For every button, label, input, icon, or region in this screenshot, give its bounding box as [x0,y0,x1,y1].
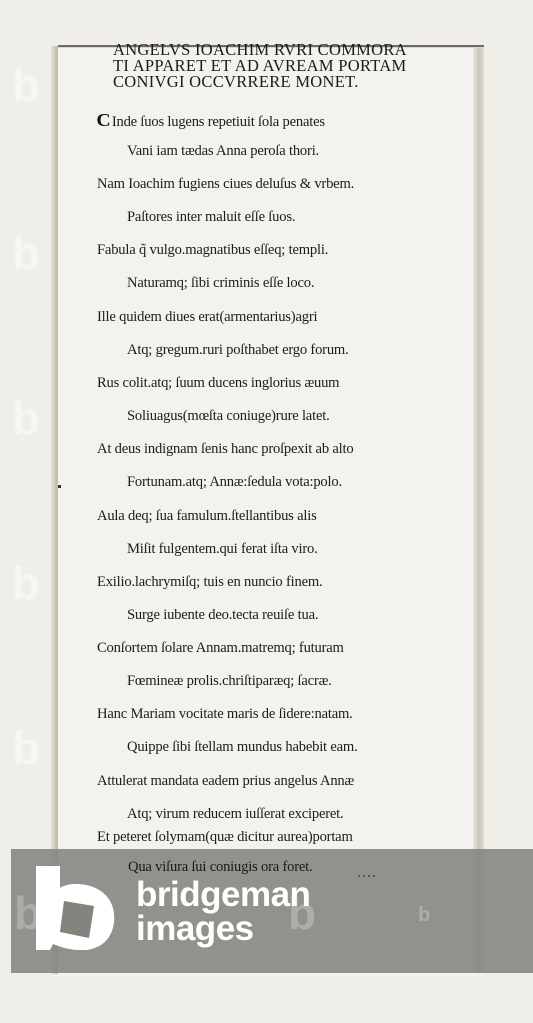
drop-cap-pilcrow: C [96,110,110,131]
verse-text: Nam Ioachim fugiens ciues deluſus & vrbe… [97,176,354,192]
brand-line: bridgeman [136,878,310,912]
verse-line: Nam Ioachim fugiens ciues deluſus & vrbe… [0,176,533,193]
verse-content: Vani iam tædas Anna peroſa thori. [127,143,319,159]
verse-line: Hanc Mariam vocitate maris de ſidere:nat… [0,706,533,723]
verse-content: Ille quidem diues erat(armentarius)agri [97,309,317,325]
verse-content: Fabula q̃ vulgo.magnatibus eſſeq; templi… [97,242,328,258]
watermark-logo-icon: b [12,62,40,108]
verse-line: Fortunam.atq; Annæ:ſedula vota:polo. [0,474,533,491]
verse-content: Inde ſuos lugens repetiuit ſola penates [112,114,325,130]
verse-content: Surge iubente deo.tecta reuiſe tua. [127,607,318,623]
verse-content: Hanc Mariam vocitate maris de ſidere:nat… [97,706,353,722]
verse-text: Naturamq; ſibi criminis eſſe loco. [127,275,314,291]
verse-content: Nam Ioachim fugiens ciues deluſus & vrbe… [97,176,354,192]
verse-line: Rus colit.atq; ſuum ducens inglorius æuu… [0,375,533,392]
verse-line: Paſtores inter maluit eſſe ſuos. [0,209,533,226]
page-title: ANGELVS IOACHIM RVRI COMMORA TI APPARET … [113,42,443,90]
verse-line: Atq; gregum.ruri poſthabet ergo forum. [0,342,533,359]
verse-line: Aula deq; ſua famulum.ſtellantibus alis [0,508,533,525]
verse-line: Attulerat mandata eadem prius angelus An… [0,773,533,790]
verse-content: Atq; gregum.ruri poſthabet ergo forum. [127,342,349,358]
verse-line: Fœmineæ prolis.chriſtiparæq; ſacræ. [0,673,533,690]
verse-text: Fortunam.atq; Annæ:ſedula vota:polo. [127,474,342,490]
verse-text: Atq; gregum.ruri poſthabet ergo forum. [127,342,349,358]
bridgeman-logo-icon [36,866,116,950]
verse-line: Quippe ſibi ſtellam mundus habebit eam. [0,739,533,756]
verse-line: At deus indignam ſenis hanc proſpexit ab… [0,441,533,458]
verse-content: Fœmineæ prolis.chriſtiparæq; ſacræ. [127,673,332,689]
verse-line: Ille quidem diues erat(armentarius)agri [0,309,533,326]
verse-line: Et peteret ſolymam(quæ dicitur aurea)por… [0,829,533,846]
verse-line: Surge iubente deo.tecta reuiſe tua. [0,607,533,624]
brand-wordmark: bridgeman images [136,878,310,946]
verse-line: CInde ſuos lugens repetiuit ſola penates [0,110,533,131]
verse-content: Miſit fulgentem.qui ferat iſta viro. [127,541,318,557]
verse-text: Hanc Mariam vocitate maris de ſidere:nat… [97,706,353,722]
verse-text: Surge iubente deo.tecta reuiſe tua. [127,607,318,623]
verse-text: Attulerat mandata eadem prius angelus An… [97,773,354,789]
verse-content: Aula deq; ſua famulum.ſtellantibus alis [97,508,317,524]
verse-text: Exilio.lachrymiſq; tuis en nuncio finem. [97,574,322,590]
verse-content: At deus indignam ſenis hanc proſpexit ab… [97,441,353,457]
verse-content: Soliuagus(mœſta coniuge)rure latet. [127,408,330,424]
title-line: CONIVGI OCCVRRERE MONET. [113,74,443,90]
verse-line: Conſortem ſolare Annam.matremq; futuram [0,640,533,657]
verse-text: Miſit fulgentem.qui ferat iſta viro. [127,541,318,557]
verse-content: Quippe ſibi ſtellam mundus habebit eam. [127,739,358,755]
verse-content: Conſortem ſolare Annam.matremq; futuram [97,640,344,656]
verse-content: Et peteret ſolymam(quæ dicitur aurea)por… [97,829,353,845]
verse-line: Miſit fulgentem.qui ferat iſta viro. [0,541,533,558]
verse-text: Quippe ſibi ſtellam mundus habebit eam. [127,739,358,755]
verse-line: Fabula q̃ vulgo.magnatibus eſſeq; templi… [0,242,533,259]
watermark-logo-icon: b [418,905,430,925]
verse-line: Exilio.lachrymiſq; tuis en nuncio finem. [0,574,533,591]
verse-text: Fabula q̃ vulgo.magnatibus eſſeq; templi… [97,242,328,258]
ink-specks [358,875,376,877]
verse-text: Soliuagus(mœſta coniuge)rure latet. [127,408,330,424]
verse-line: Atq; virum reducem iuſſerat exciperet. [0,806,533,823]
verse-content: Exilio.lachrymiſq; tuis en nuncio finem. [97,574,322,590]
verse-text: Vani iam tædas Anna peroſa thori. [127,143,319,159]
verse-text: Rus colit.atq; ſuum ducens inglorius æuu… [97,375,339,391]
brand-line: images [136,912,310,946]
verse-text: Atq; virum reducem iuſſerat exciperet. [127,806,344,822]
verse-line: Soliuagus(mœſta coniuge)rure latet. [0,408,533,425]
verse-content: Attulerat mandata eadem prius angelus An… [97,773,354,789]
verse-content: Naturamq; ſibi criminis eſſe loco. [127,275,314,291]
verse-text: Et peteret ſolymam(quæ dicitur aurea)por… [97,829,353,845]
verse-content: Atq; virum reducem iuſſerat exciperet. [127,806,344,822]
verse-text: At deus indignam ſenis hanc proſpexit ab… [97,441,353,457]
verse-line: Qua viſura ſui coniugis ora foret. [128,859,313,876]
verse-content: Fortunam.atq; Annæ:ſedula vota:polo. [127,474,342,490]
verse-text: Conſortem ſolare Annam.matremq; futuram [97,640,344,656]
verse-text: Paſtores inter maluit eſſe ſuos. [127,209,295,225]
verse-line: Naturamq; ſibi criminis eſſe loco. [0,275,533,292]
verse-text: Fœmineæ prolis.chriſtiparæq; ſacræ. [127,673,332,689]
verse-text: Aula deq; ſua famulum.ſtellantibus alis [97,508,317,524]
verse-content: Rus colit.atq; ſuum ducens inglorius æuu… [97,375,339,391]
verse-content: Paſtores inter maluit eſſe ſuos. [127,209,295,225]
verse-line: Vani iam tædas Anna peroſa thori. [0,143,533,160]
verse-text: Ille quidem diues erat(armentarius)agri [97,309,317,325]
verse-text: CInde ſuos lugens repetiuit ſola penates [97,114,325,130]
